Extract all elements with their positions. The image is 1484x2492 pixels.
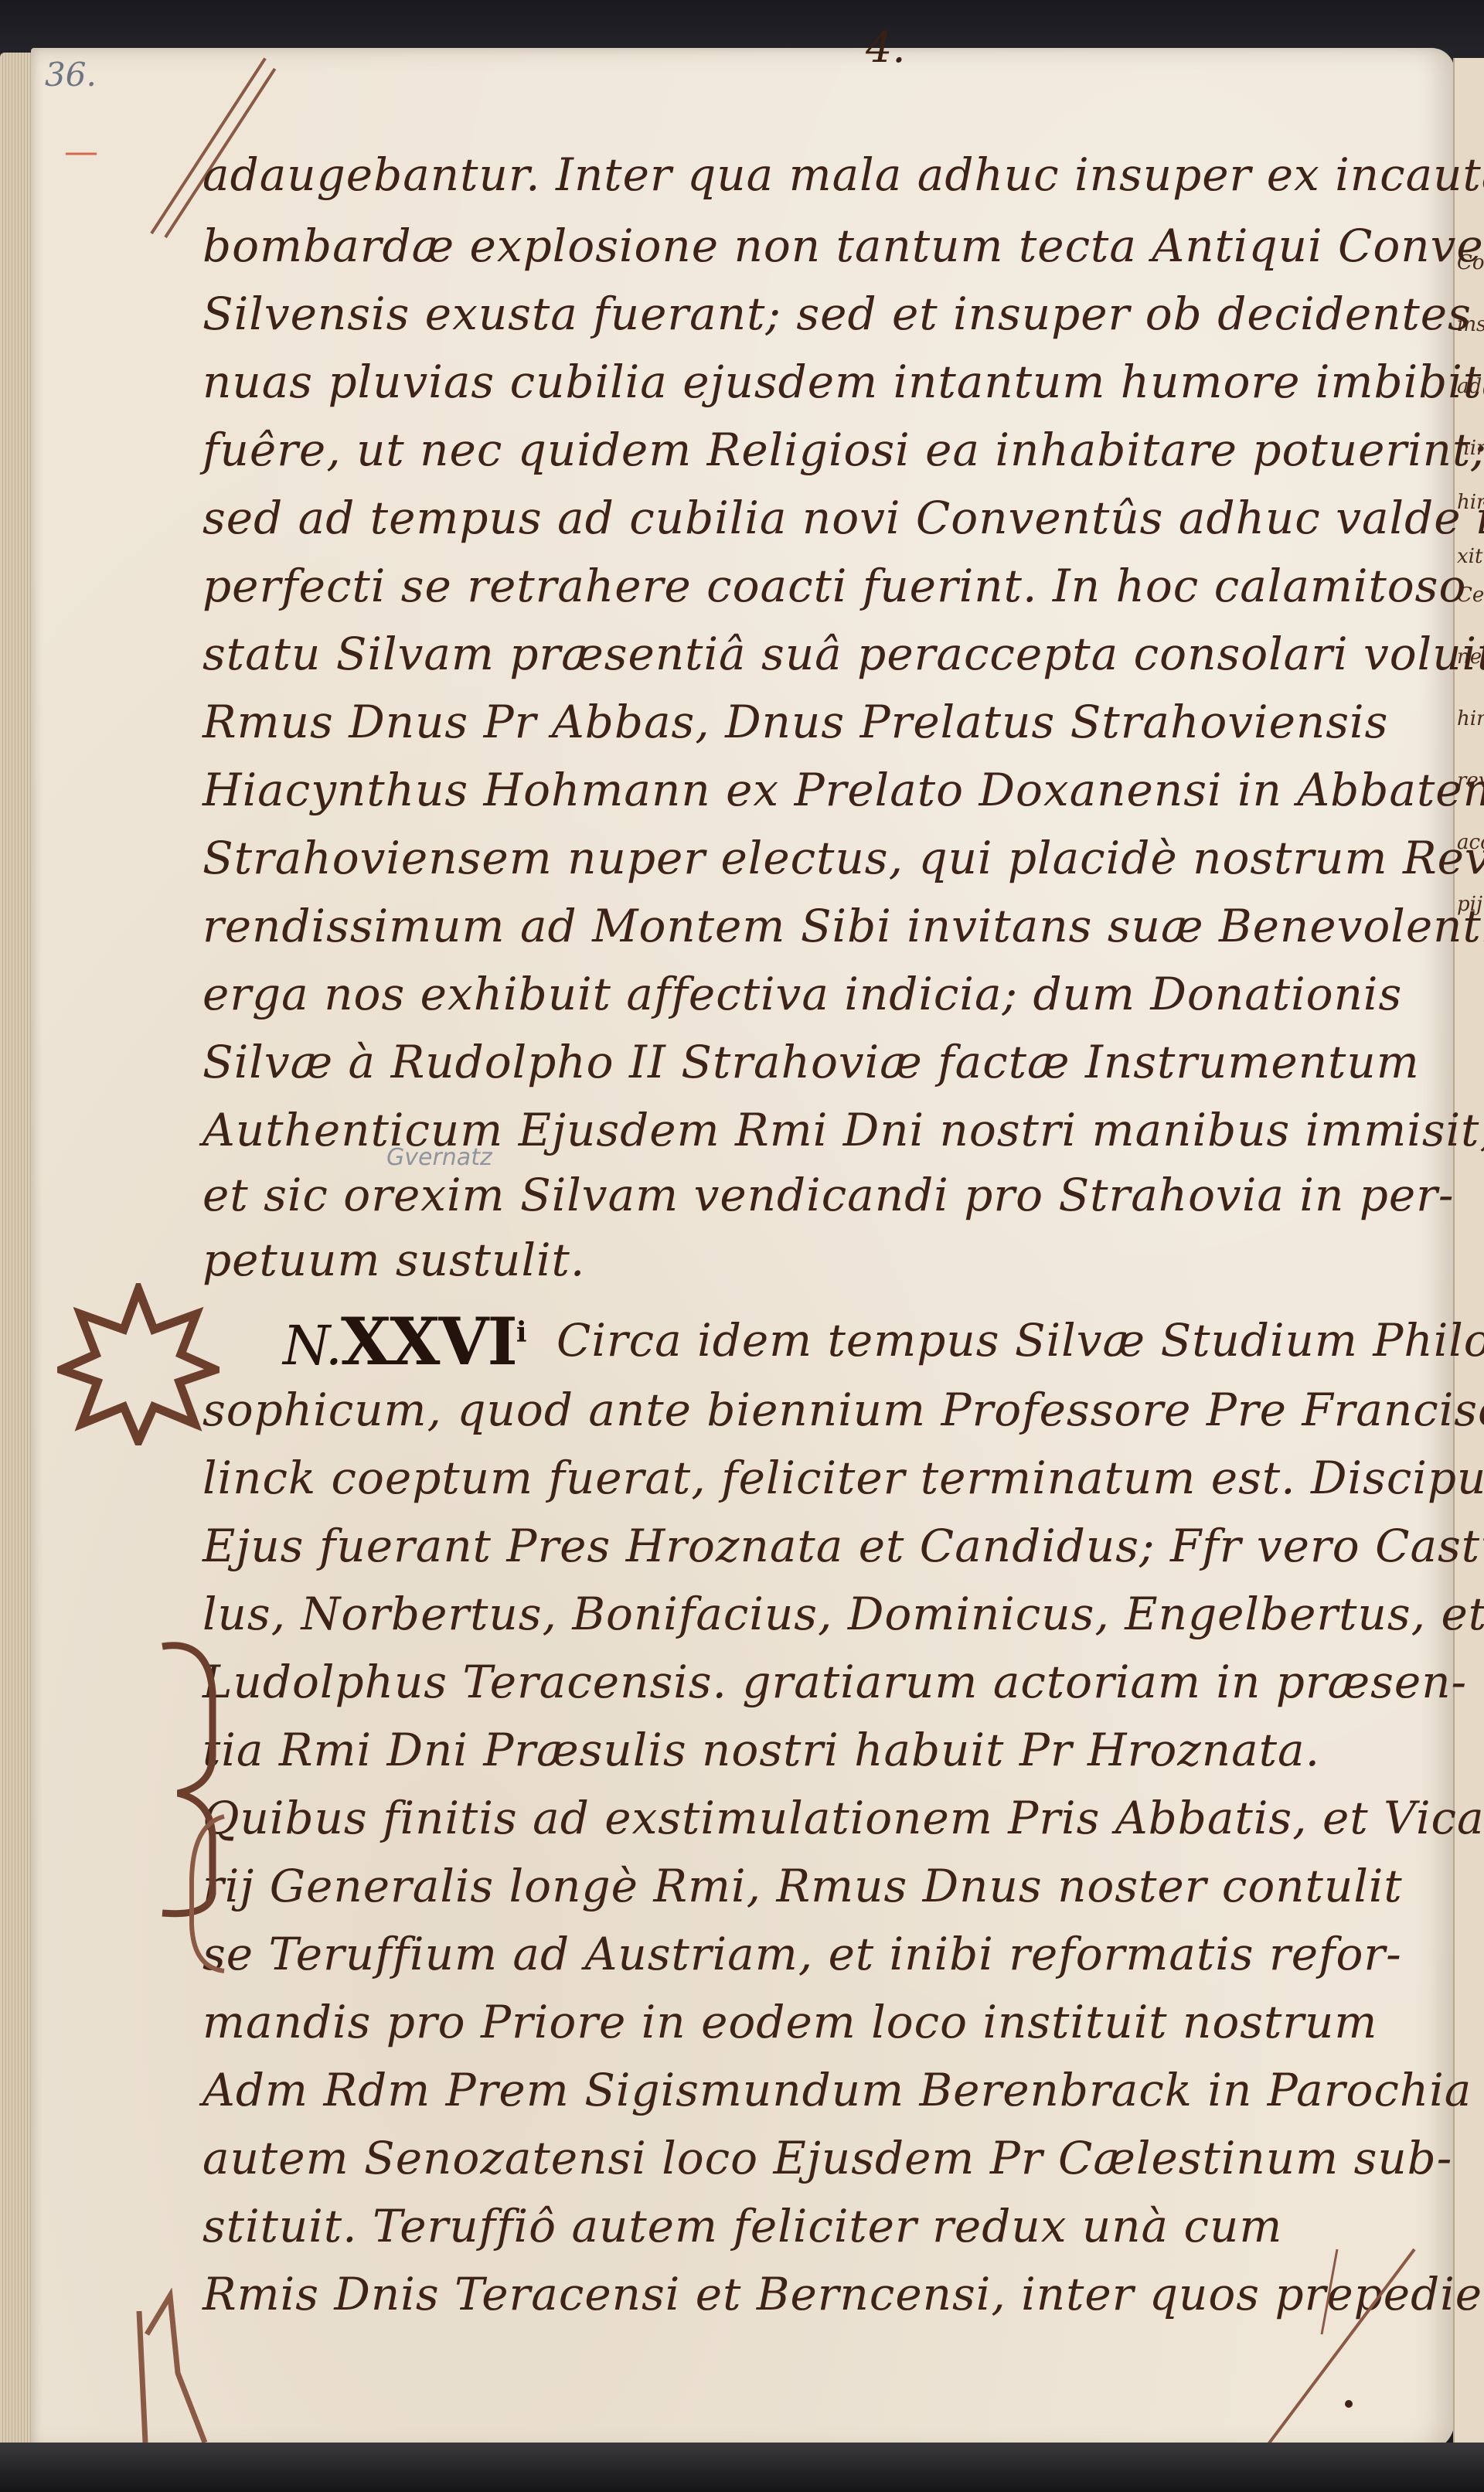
text-line: adaugebantur. Inter qua mala adhuc insup… <box>203 148 1447 201</box>
text-line: Hiacynthus Hohmann ex Prelato Doxanensi … <box>203 764 1447 816</box>
text-line: se Teruffium ad Austriam, et inibi refor… <box>203 1928 1447 1980</box>
text-line: Ejus fuerant Pres Hroznata et Candidus; … <box>203 1520 1447 1572</box>
text-line: Ludolphus Teracensis. gratiarum actoriam… <box>203 1656 1447 1708</box>
section-suffix: i <box>516 1316 526 1349</box>
text-line: et sic orexim Silvam vendicandi pro Stra… <box>203 1169 1447 1221</box>
text-line: Rmus Dnus Pr Abbas, Dnus Prelatus Straho… <box>203 696 1447 748</box>
text-line: erga nos exhibuit affectiva indicia; dum… <box>203 968 1447 1020</box>
text-line: lus, Norbertus, Bonifacius, Dominicus, E… <box>203 1588 1447 1640</box>
margin-zigzag-icon <box>131 2288 224 2458</box>
margin-brace-icon <box>178 1809 232 1979</box>
text-line: sed ad tempus ad cubilia novi Conventûs … <box>203 492 1447 544</box>
text-line: rij Generalis longè Rmi, Rmus Dnus noste… <box>203 1860 1447 1912</box>
pencil-page-number: 36. <box>45 56 97 94</box>
section-prefix: N. <box>283 1314 341 1377</box>
margin-star-icon <box>57 1283 220 1445</box>
text-line: perfecti se retrahere coacti fuerint. In… <box>203 560 1447 612</box>
red-tick-mark <box>66 151 97 157</box>
text-line: fuêre, ut nec quidem Religiosi ea inhabi… <box>203 424 1447 476</box>
page-edges-stack <box>0 53 34 2456</box>
text-line: Strahoviensem nuper electus, qui placidè… <box>203 832 1447 884</box>
text-line: bombardæ explosione non tantum tecta Ant… <box>203 220 1447 272</box>
section-first-line: Circa idem tempus Silvæ Studium Philo- <box>556 1314 1445 1367</box>
book-binding-bottom <box>0 2443 1484 2492</box>
text-line: tia Rmi Dni Præsulis nostri habuit Pr Hr… <box>203 1724 1447 1776</box>
text-line: statu Silvam præsentiâ suâ peraccepta co… <box>203 628 1447 680</box>
section-roman-numeral: XXVI <box>341 1303 516 1380</box>
text-line: Silvæ à Rudolpho II Strahoviæ factæ Inst… <box>203 1036 1447 1088</box>
facing-fragment: hime <box>1457 707 1484 730</box>
text-line: mandis pro Priore in eodem loco institui… <box>203 1996 1447 2048</box>
text-line: sophicum, quod ante biennium Professore … <box>203 1384 1447 1436</box>
text-line: Silvensis exusta fuerant; sed et insuper… <box>203 288 1447 340</box>
pencil-interlinear-gloss: Gvernatz <box>386 1144 492 1171</box>
text-line: petuum sustulit. <box>203 1234 1447 1286</box>
text-line: autem Senozatensi loco Ejusdem Pr Cælest… <box>203 2132 1447 2184</box>
text-line: linck coeptum fuerat, feliciter terminat… <box>203 1452 1447 1504</box>
text-line: Quibus finitis ad exstimulationem Pris A… <box>203 1792 1447 1844</box>
text-line: rendissimum ad Montem Sibi invitans suæ … <box>203 900 1447 952</box>
end-flourish-mark <box>1237 2242 1422 2473</box>
text-line: Adm Rdm Prem Sigismundum Berenbrack in P… <box>203 2064 1447 2116</box>
section-number-heading: N.XXVIi <box>283 1303 526 1380</box>
text-line: nuas pluvias cubilia ejusdem intantum hu… <box>203 356 1447 408</box>
catchword-mark: 4. <box>866 23 906 72</box>
